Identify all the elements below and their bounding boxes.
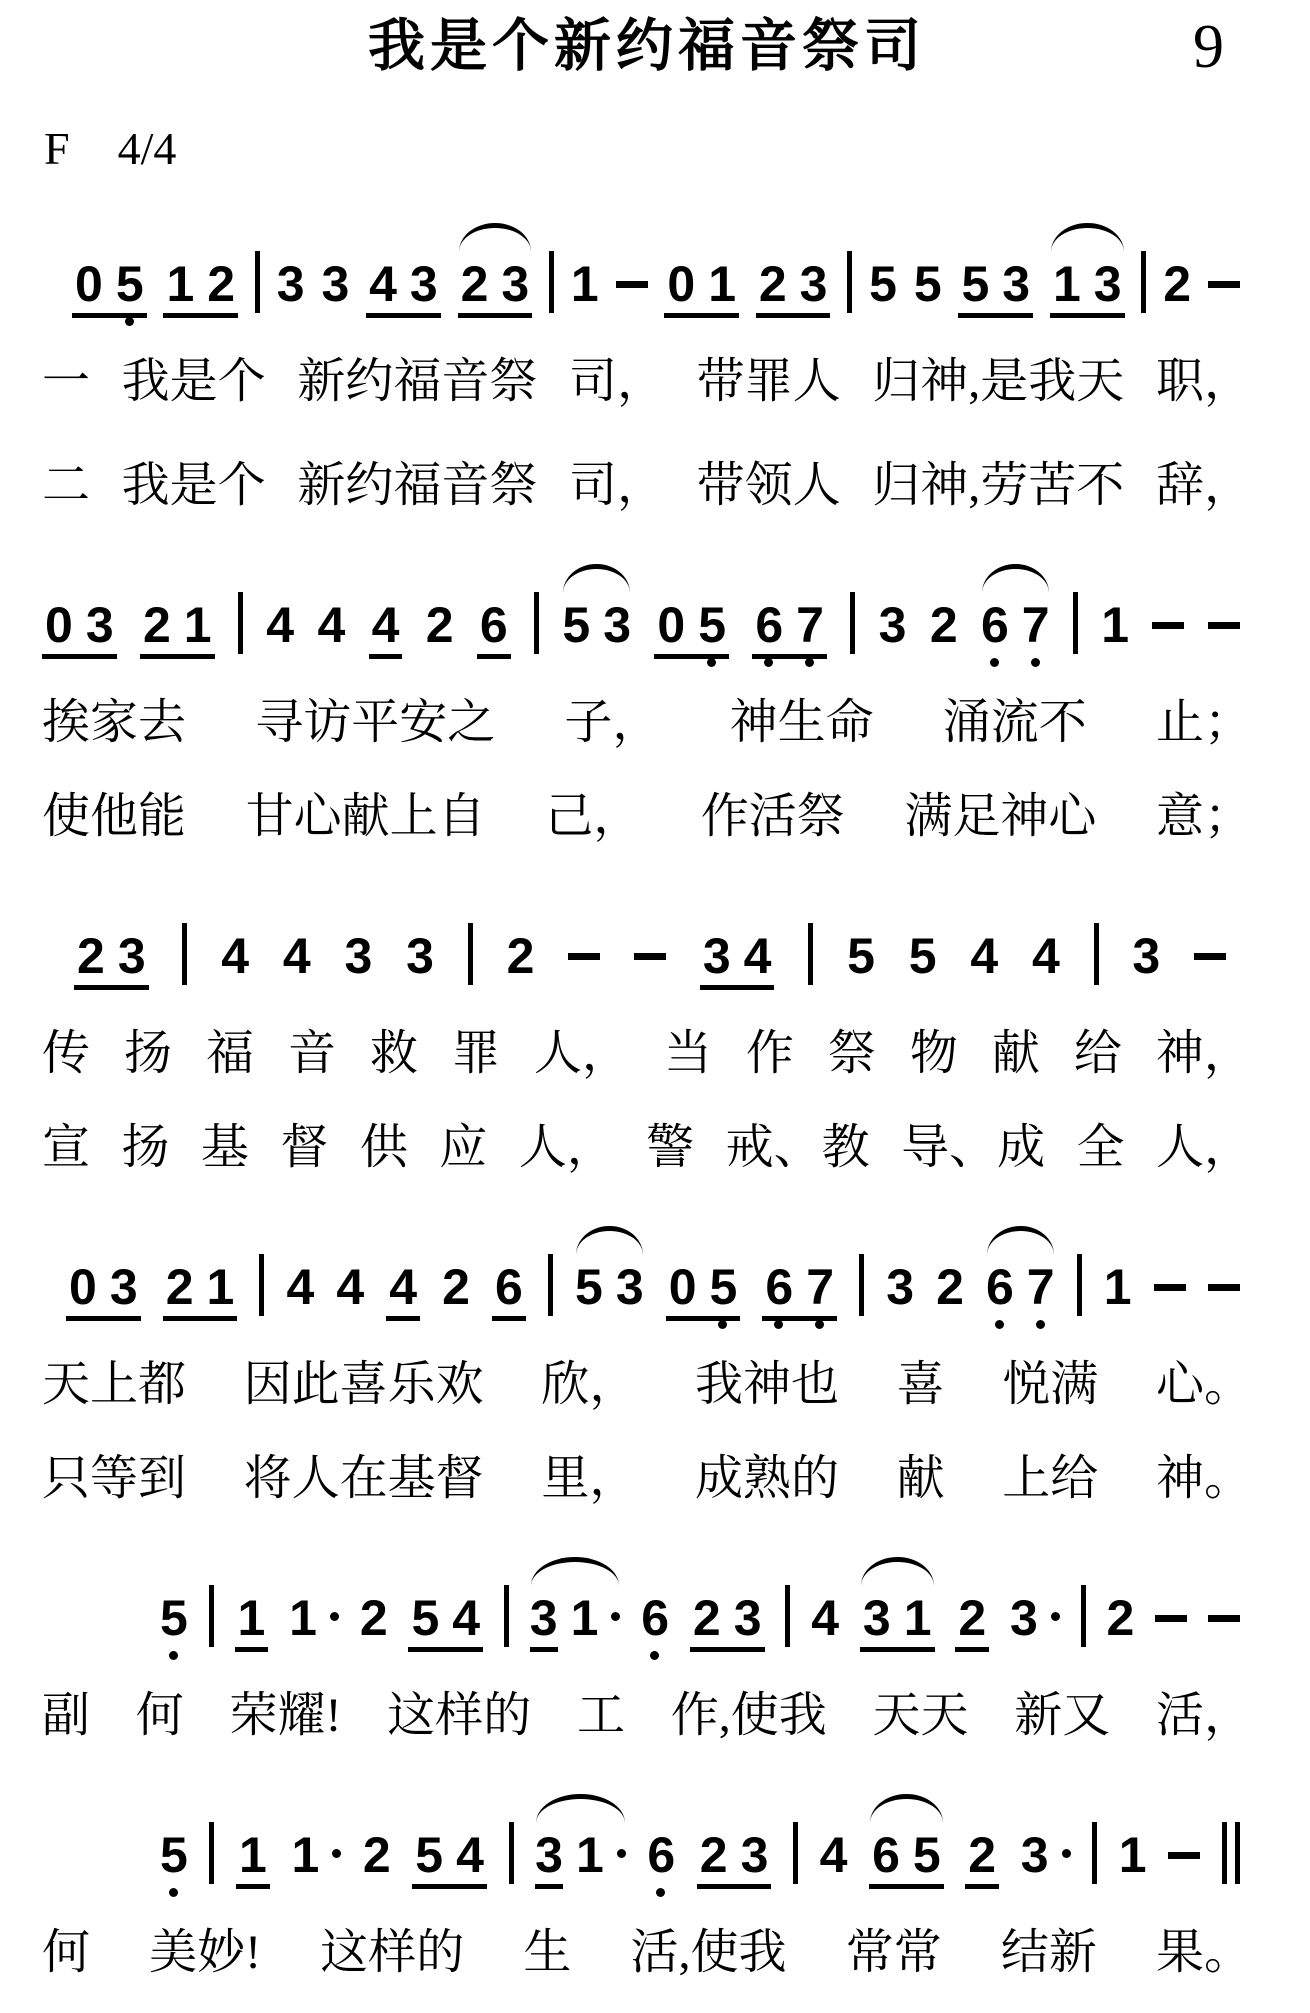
note-digit: 5 (415, 1830, 443, 1880)
note-digit: 4 (811, 1593, 839, 1643)
augmentation-dot (617, 1849, 626, 1858)
beam-group: 43 (366, 259, 441, 318)
beam-group: 4 (369, 600, 403, 659)
note-digit: 1 (239, 1830, 267, 1880)
barline (850, 592, 855, 654)
note-digit: 0 (69, 1262, 97, 1312)
note-digit: 0 (657, 600, 685, 650)
barline (1235, 1822, 1240, 1884)
note: 4 (456, 1830, 484, 1880)
note: 7 (1022, 600, 1050, 650)
note-digit: 3 (1132, 931, 1160, 981)
beam-group: 4 (386, 1262, 420, 1321)
note-digit: 6 (755, 600, 783, 650)
lyric-segment: 带罪人 (697, 352, 841, 412)
lyric-segment: 我是个 (122, 456, 266, 516)
beam-group: 67 (752, 600, 827, 659)
page-number: 9 (1193, 10, 1224, 84)
lyric-line: 挨家去寻访平安之子，神生命涌流不止； (42, 693, 1252, 753)
lyric-segment: 工 (577, 1686, 625, 1746)
note-digit: 6 (647, 1830, 675, 1880)
note: 7 (806, 1262, 834, 1312)
note: 1 (184, 600, 212, 650)
note-digit: 3 (118, 931, 146, 981)
note: 4 (389, 1262, 417, 1312)
note: 6 (495, 1262, 523, 1312)
note: 4 (970, 931, 998, 981)
note-digit: 1 (708, 259, 736, 309)
note-digit: 3 (1010, 1593, 1038, 1643)
note-digit: 4 (369, 259, 397, 309)
note-digit: 2 (968, 1830, 996, 1880)
note: 3 (886, 1262, 914, 1312)
barline (255, 251, 260, 313)
lyric-segment: 成熟的 (695, 1449, 839, 1509)
beam-group: 03 (42, 600, 117, 659)
beam-group: 21 (163, 1262, 238, 1321)
lyric-segment: 止； (1156, 693, 1252, 753)
lyric-segment: 活,使我 (631, 1923, 787, 1983)
note-digit: 3 (734, 1593, 762, 1643)
lyric-segment: 欣， (541, 1355, 637, 1415)
lyric-segment: 挨家去 (42, 693, 186, 753)
dash-note (634, 953, 666, 960)
augmentation-dot (330, 1612, 339, 1621)
barline (549, 251, 554, 313)
barline (1094, 923, 1099, 985)
lyric-segment: 己， (545, 787, 641, 847)
lyric-line: 传扬福音救罪人，当作祭物献给神， (42, 1024, 1252, 1084)
note: 3 (1002, 259, 1030, 309)
note-digit: 1 (291, 1830, 319, 1880)
note-digit: 3 (1002, 259, 1030, 309)
note: 1 (904, 1593, 932, 1643)
header: 我是个新约福音祭司 9 (42, 10, 1252, 96)
note-digit: 5 (909, 931, 937, 981)
lyric-segment: 我是个 (122, 352, 266, 412)
note-digit: 4 (452, 1593, 480, 1643)
note: 5 (562, 600, 590, 650)
note-digit: 2 (426, 600, 454, 650)
augmentation-dot (332, 1849, 341, 1858)
beam-group: 1 (235, 1593, 269, 1652)
lyric-segment: 结新 (1001, 1923, 1097, 1983)
note-digit: 5 (160, 1830, 188, 1880)
note: 3 (800, 259, 828, 309)
note: 3 (879, 600, 907, 650)
note-digit: 3 (1021, 1830, 1049, 1880)
lyric-segment: 宣 (42, 1118, 90, 1178)
lyric-segment: 天上都 (42, 1355, 186, 1415)
note: 2 (442, 1262, 470, 1312)
note: 5 (847, 931, 875, 981)
note: 2 (507, 931, 535, 981)
note: 5 (869, 259, 897, 309)
barline (548, 1254, 553, 1316)
lyric-segment: 罪 (452, 1024, 500, 1084)
note-digit: 6 (986, 1262, 1014, 1312)
beam-group: 1 (236, 1830, 270, 1889)
note-digit: 2 (143, 600, 171, 650)
note: 7 (1027, 1262, 1055, 1312)
key-time-row: F 4/4 (42, 122, 1252, 175)
note: 2 (461, 259, 489, 309)
note: 4 (744, 931, 772, 981)
lyric-segment: 何 (42, 1923, 90, 1983)
note-digit: 3 (703, 931, 731, 981)
lyric-segment: 应 (439, 1118, 487, 1178)
music-line: 0512334323101235553132 (42, 199, 1252, 318)
note: 3 (110, 1262, 138, 1312)
system-6: 51125431623465231何美妙!这样的生活,使我常常结新果。 (42, 1770, 1252, 1983)
note-digit: 1 (1104, 1262, 1132, 1312)
lyric-segment: 给 (1074, 1024, 1122, 1084)
lyric-segment: 这样的 (387, 1686, 531, 1746)
lyric-line: 只等到将人在基督里，成熟的献上给神。 (42, 1449, 1252, 1509)
lyric-segment: 救 (370, 1024, 418, 1084)
lyric-segment: 基 (201, 1118, 249, 1178)
lyric-segment: 神。 (1156, 1449, 1252, 1509)
barline (785, 1585, 790, 1647)
note: 0 (667, 259, 695, 309)
note-digit: 6 (641, 1593, 669, 1643)
note: 6 (981, 600, 1009, 650)
note-digit: 2 (930, 600, 958, 650)
barline (1092, 1822, 1097, 1884)
lyric-segment: 警 (646, 1118, 694, 1178)
dash-note (616, 281, 648, 288)
dash-note (1168, 1852, 1200, 1859)
lyric-segment: 常常 (846, 1923, 942, 1983)
note: 4 (372, 600, 400, 650)
note-digit: 2 (759, 259, 787, 309)
note: 3 (1021, 1830, 1071, 1880)
note: 3 (118, 931, 146, 981)
dash-note (1208, 281, 1240, 288)
lyric-line: 副何荣耀!这样的工作,使我天天新又活， (42, 1686, 1252, 1746)
time-signature: 4/4 (118, 122, 177, 175)
note-digit: 1 (576, 1830, 604, 1880)
beam-group: 54 (412, 1830, 487, 1889)
lyric-segment: 音 (288, 1024, 336, 1084)
note-digit: 3 (800, 259, 828, 309)
note: 5 (575, 1262, 603, 1312)
note: 5 (698, 600, 726, 650)
lyric-segment: 涌流不 (943, 693, 1087, 753)
note-digit: 1 (571, 259, 599, 309)
note: 3 (321, 259, 349, 309)
lyric-segment: 只等到 (42, 1449, 186, 1509)
note-digit: 3 (741, 1830, 769, 1880)
note-digit: 3 (863, 1593, 891, 1643)
slur-group: 31 (860, 1593, 935, 1652)
note: 4 (811, 1593, 839, 1643)
lyric-segment: 带领人 (697, 456, 841, 516)
lyric-segment: 新约福音祭 (297, 352, 537, 412)
note-digit: 5 (575, 1262, 603, 1312)
note-digit: 5 (562, 600, 590, 650)
music-systems: 0512334323101235553132一我是个新约福音祭司，带罪人归神,是… (42, 199, 1252, 1983)
note: 3 (345, 931, 373, 981)
lyric-segment: 甘心献上自 (246, 787, 486, 847)
note-digit: 5 (160, 1593, 188, 1643)
note: 4 (336, 1262, 364, 1312)
barline (1073, 592, 1078, 654)
note: 0 (45, 600, 73, 650)
note: 3 (734, 1593, 762, 1643)
note: 5 (415, 1830, 443, 1880)
barline (209, 1585, 214, 1647)
slur-group: 65 (869, 1830, 944, 1889)
beam-group: 2 (955, 1593, 989, 1652)
note-digit: 5 (710, 1262, 738, 1312)
dash-note (1152, 622, 1184, 629)
note-digit: 3 (277, 259, 305, 309)
lyric-segment: 神， (1156, 1024, 1252, 1084)
note: 1 (239, 1830, 267, 1880)
note-digit: 7 (1022, 600, 1050, 650)
barline (209, 1822, 214, 1884)
beam-group: 21 (140, 600, 215, 659)
augmentation-dot (611, 1612, 620, 1621)
note: 2 (930, 600, 958, 650)
dash-note (1208, 622, 1240, 629)
note-digit: 3 (603, 600, 631, 650)
note-digit: 2 (461, 259, 489, 309)
augmentation-dot (1062, 1849, 1071, 1858)
lyric-segment: 将人在基督 (244, 1449, 484, 1509)
note: 3 (616, 1262, 644, 1312)
page-title: 我是个新约福音祭司 (42, 10, 1252, 84)
note-digit: 5 (698, 600, 726, 650)
note-digit: 2 (166, 1262, 194, 1312)
note: 5 (160, 1830, 188, 1880)
note: 0 (669, 1262, 697, 1312)
note: 7 (796, 600, 824, 650)
lyric-segment: 司， (569, 352, 665, 412)
note-digit: 5 (411, 1593, 439, 1643)
lyric-segment: 督 (280, 1118, 328, 1178)
system-5: 51125431623431232副何荣耀!这样的工作,使我天天新又活， (42, 1533, 1252, 1746)
dash-note (1194, 953, 1226, 960)
note-digit: 1 (289, 1593, 317, 1643)
beam-group: 01 (664, 259, 739, 318)
note: 3 (703, 931, 731, 981)
barline (504, 1585, 509, 1647)
barline (534, 592, 539, 654)
beam-group: 05 (72, 259, 147, 318)
lyric-segment: 作 (746, 1024, 794, 1084)
barline (1077, 1254, 1082, 1316)
note: 1 (166, 259, 194, 309)
dash-note (1155, 1615, 1187, 1622)
note: 3 (741, 1830, 769, 1880)
verse-label: 二 (42, 456, 90, 516)
note: 1 (1119, 1830, 1147, 1880)
note: 1 (1053, 259, 1081, 309)
barline (1222, 1822, 1227, 1884)
dash-note (1208, 1284, 1240, 1291)
lyric-segment: 子， (564, 693, 660, 753)
note: 1 (291, 1830, 341, 1880)
note: 4 (452, 1593, 480, 1643)
lyric-segment: 这样的 (320, 1923, 464, 1983)
note: 2 (968, 1830, 996, 1880)
note: 4 (1032, 931, 1060, 981)
lyric-line: 何美妙!这样的生活,使我常常结新果。 (42, 1923, 1252, 1983)
note: 3 (501, 259, 529, 309)
note-digit: 3 (501, 259, 529, 309)
note: 3 (86, 600, 114, 650)
lyric-segment: 使他能 (42, 787, 186, 847)
note-digit: 2 (442, 1262, 470, 1312)
lyric-segment: 扬 (121, 1118, 169, 1178)
lyric-segment: 作活祭 (701, 787, 845, 847)
note: 2 (1163, 259, 1191, 309)
beam-group: 6 (492, 1262, 526, 1321)
lyric-segment: 作,使我 (671, 1686, 827, 1746)
note: 0 (69, 1262, 97, 1312)
note-digit: 2 (207, 259, 235, 309)
note: 0 (75, 259, 103, 309)
note-digit: 2 (693, 1593, 721, 1643)
lyric-segment: 司， (569, 456, 665, 516)
note-digit: 1 (207, 1262, 235, 1312)
lyric-segment: 新又 (1014, 1686, 1110, 1746)
barline (1081, 1585, 1086, 1647)
note-digit: 6 (981, 600, 1009, 650)
note: 5 (961, 259, 989, 309)
note: 3 (603, 600, 631, 650)
slur-group: 67 (981, 600, 1050, 650)
slur-group: 67 (986, 1262, 1055, 1312)
note-digit: 1 (1119, 1830, 1147, 1880)
note-digit: 2 (77, 931, 105, 981)
note-digit: 2 (363, 1830, 391, 1880)
lyric-segment: 传 (42, 1024, 90, 1084)
note-digit: 2 (360, 1593, 388, 1643)
lyric-segment: 心。 (1156, 1355, 1252, 1415)
note-digit: 3 (406, 931, 434, 981)
note: 5 (116, 259, 144, 309)
note: 4 (266, 600, 294, 650)
beam-group: 6 (477, 600, 511, 659)
lyric-segment: 供 (360, 1118, 408, 1178)
note: 1 (289, 1593, 339, 1643)
note: 3 (1010, 1593, 1060, 1643)
note: 2 (426, 600, 454, 650)
barline (859, 1254, 864, 1316)
note-digit: 0 (669, 1262, 697, 1312)
lyric-segment: 荣耀! (230, 1686, 342, 1746)
note-digit: 4 (820, 1830, 848, 1880)
beam-group: 23 (74, 931, 149, 990)
beam-group: 03 (66, 1262, 141, 1321)
lyric-segment: 生 (523, 1923, 571, 1983)
note-digit: 4 (317, 600, 345, 650)
note-digit: 3 (345, 931, 373, 981)
lyric-segment: 献 (992, 1024, 1040, 1084)
note-digit: 2 (1163, 259, 1191, 309)
lyric-segment: 喜 (897, 1355, 945, 1415)
beam-group: 05 (666, 1262, 741, 1321)
note: 3 (530, 1593, 558, 1652)
music-line: 03214442653056732671 (42, 1202, 1252, 1321)
note: 1 (207, 1262, 235, 1312)
note: 2 (958, 1593, 986, 1643)
lyric-segment: 何 (136, 1686, 184, 1746)
lyric-segment: 全 (1077, 1118, 1125, 1178)
note: 2 (693, 1593, 721, 1643)
note-digit: 5 (847, 931, 875, 981)
note: 5 (913, 1830, 941, 1880)
lyric-segment: 活， (1156, 1686, 1252, 1746)
note-digit: 4 (389, 1262, 417, 1312)
note: 5 (909, 931, 937, 981)
lyric-segment: 悦满 (1002, 1355, 1098, 1415)
note-digit: 7 (806, 1262, 834, 1312)
note-digit: 3 (530, 1593, 558, 1652)
lyric-segment: 因此喜乐欢 (244, 1355, 484, 1415)
note: 2 (363, 1830, 391, 1880)
note-digit: 0 (45, 600, 73, 650)
note-digit: 2 (936, 1262, 964, 1312)
lyric-line: 二我是个新约福音祭司，带领人归神,劳苦不辞， (42, 456, 1252, 516)
beam-group: 67 (762, 1262, 837, 1321)
note-digit: 5 (116, 259, 144, 309)
verse-label: 副 (42, 1686, 90, 1746)
note-digit: 6 (495, 1262, 523, 1312)
verse-label: 一 (42, 352, 90, 412)
beam-group: 23 (756, 259, 831, 318)
barline (468, 923, 473, 985)
beam-group: 2 (965, 1830, 999, 1889)
barline (1141, 251, 1146, 313)
note-digit: 2 (507, 931, 535, 981)
lyric-segment: 人， (519, 1118, 615, 1178)
note-digit: 4 (970, 931, 998, 981)
note: 6 (765, 1262, 793, 1312)
note: 3 (863, 1593, 891, 1643)
note: 5 (160, 1593, 188, 1643)
note-digit: 7 (1027, 1262, 1055, 1312)
beam-group: 05 (654, 600, 729, 659)
lyric-segment: 神生命 (730, 693, 874, 753)
music-line: 03214442653056732671 (42, 540, 1252, 659)
barline (793, 1822, 798, 1884)
note-digit: 2 (1107, 1593, 1135, 1643)
beam-group: 23 (690, 1593, 765, 1652)
note-digit: 5 (961, 259, 989, 309)
note: 4 (369, 259, 397, 309)
dash-note (1208, 1615, 1240, 1622)
music-line: 51125431623465231 (42, 1770, 1252, 1889)
note-digit: 4 (372, 600, 400, 650)
note: 4 (286, 1262, 314, 1312)
note: 3 (277, 259, 305, 309)
note-digit: 1 (1053, 259, 1081, 309)
note-digit: 1 (904, 1593, 932, 1643)
note: 1 (1104, 1262, 1132, 1312)
note: 3 (410, 259, 438, 309)
lyric-segment: 祭 (828, 1024, 876, 1084)
note: 2 (143, 600, 171, 650)
note: 5 (411, 1593, 439, 1643)
lyric-line: 天上都因此喜乐欢欣，我神也喜悦满心。 (42, 1355, 1252, 1415)
note-digit: 3 (86, 600, 114, 650)
note: 2 (360, 1593, 388, 1643)
lyric-segment: 满足神心 (904, 787, 1096, 847)
